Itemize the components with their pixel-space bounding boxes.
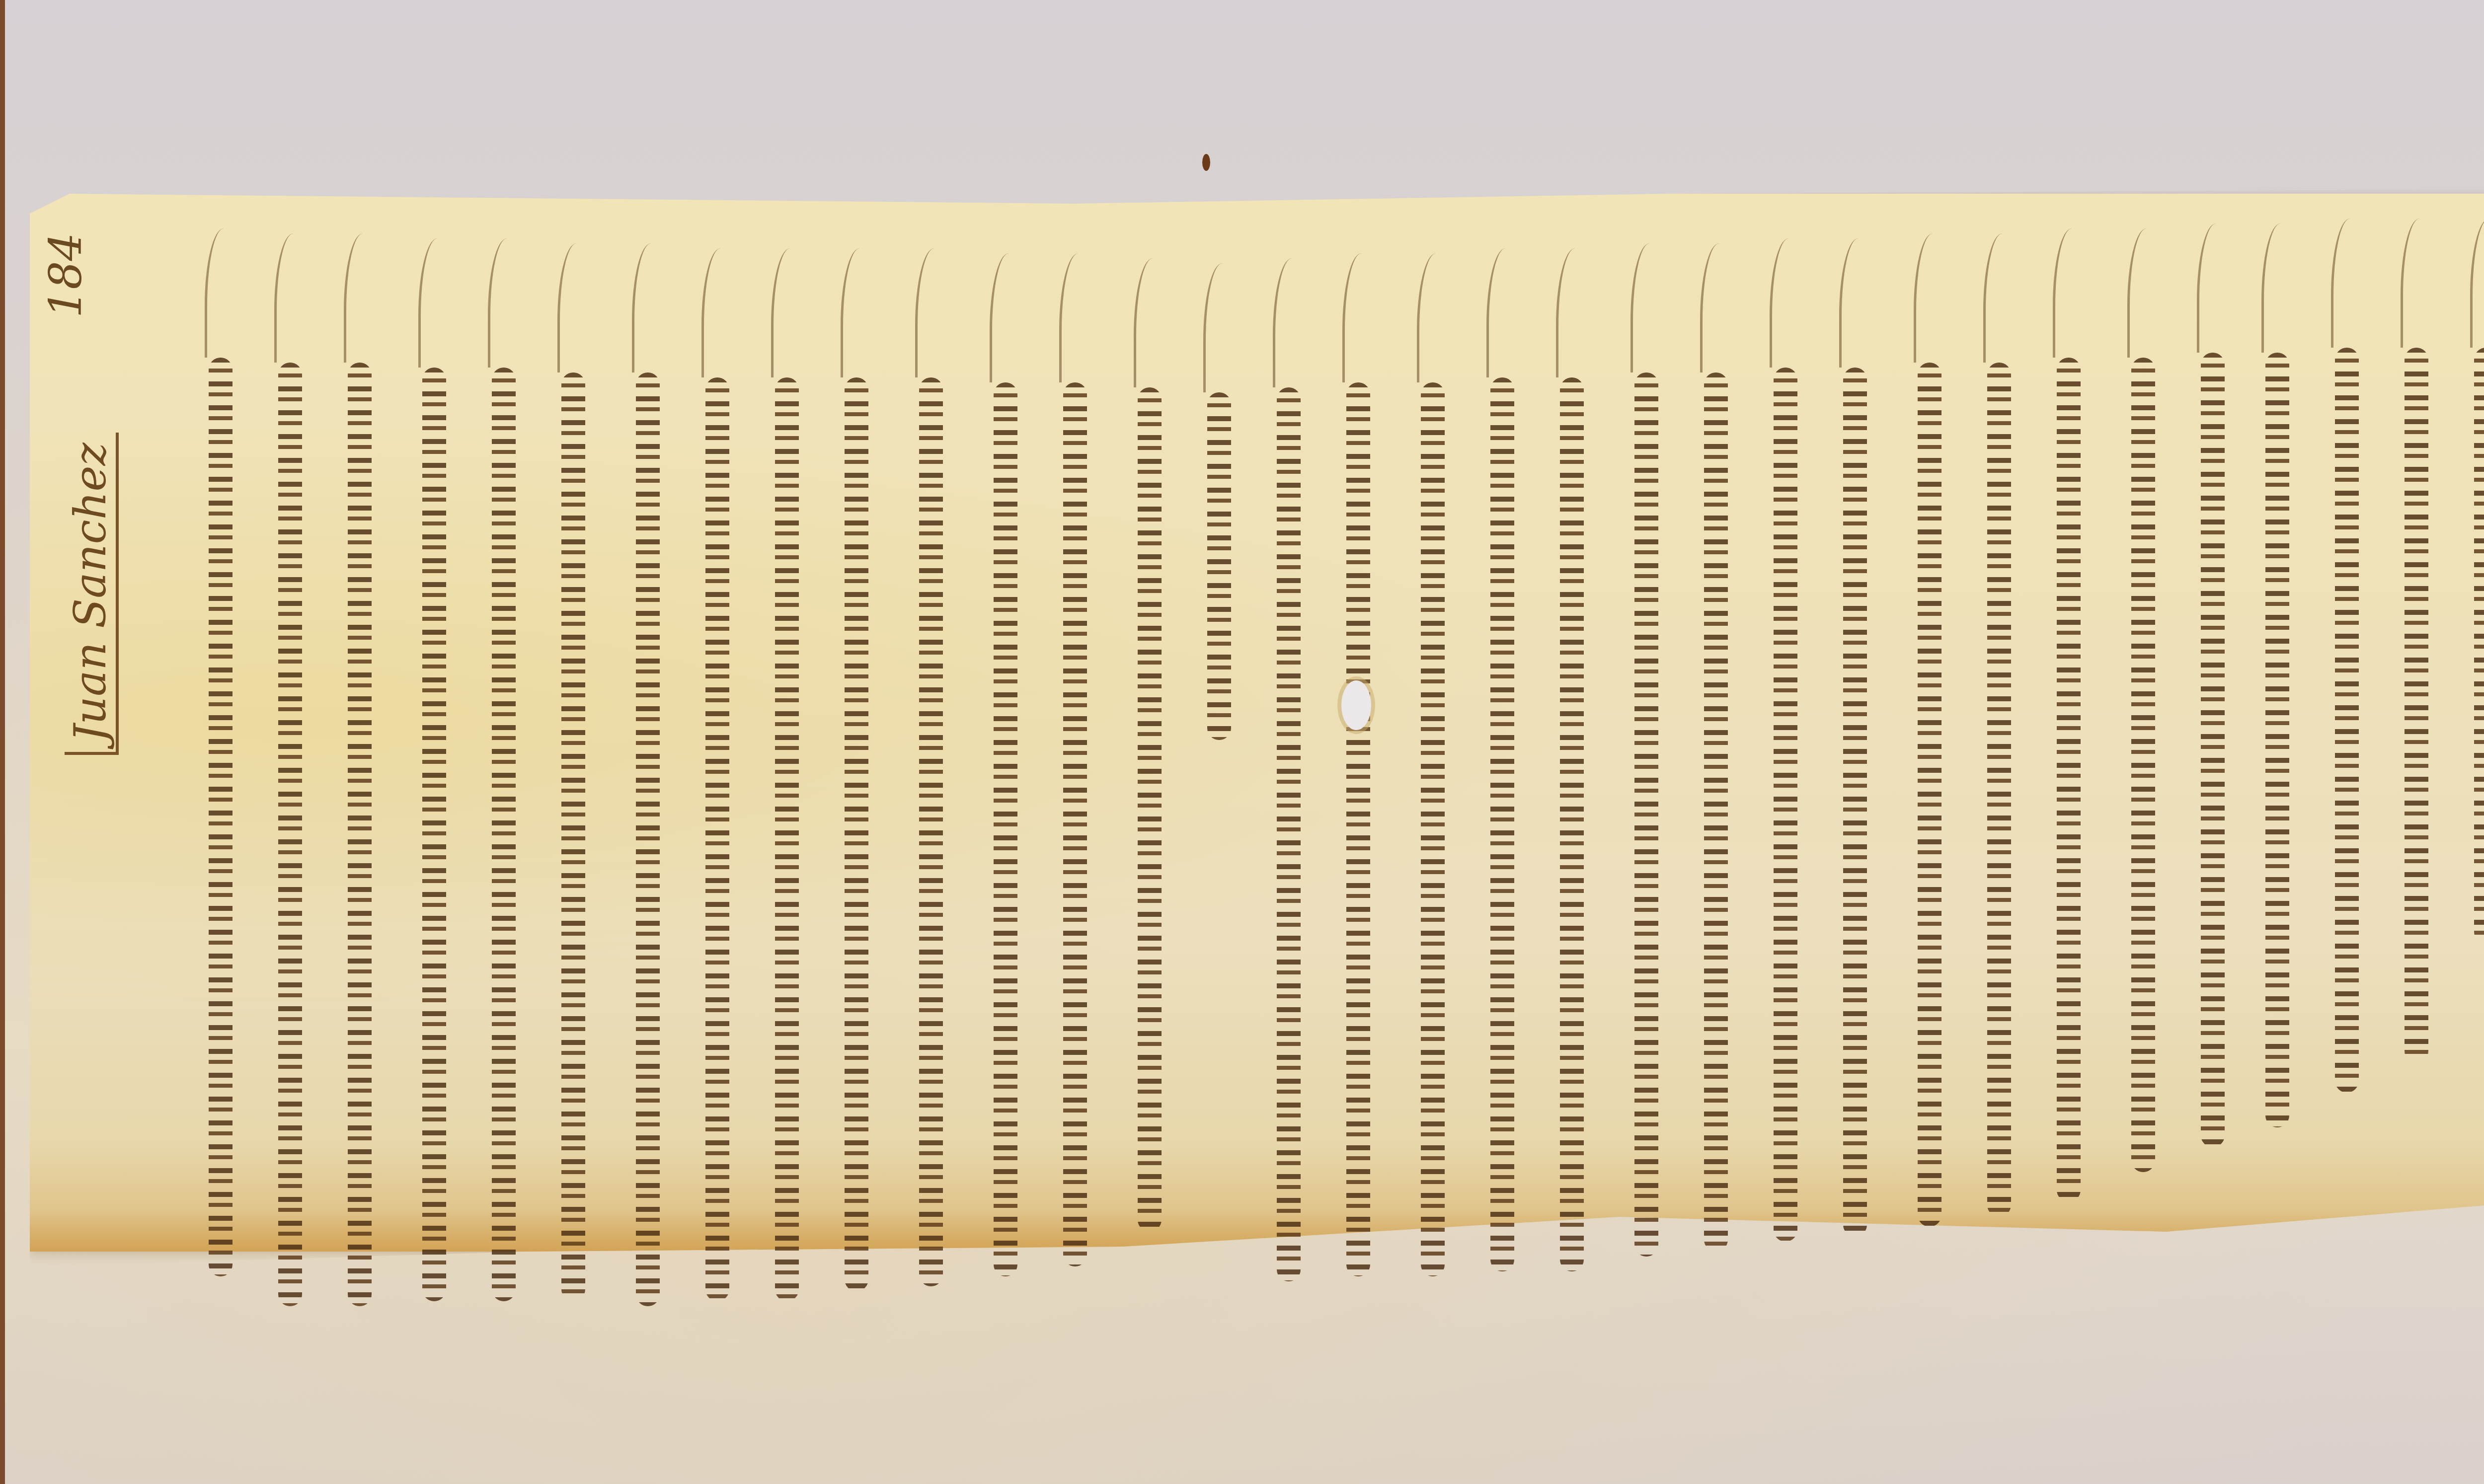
handwritten-line xyxy=(278,363,302,1306)
handwritten-line xyxy=(1704,372,1728,1252)
handwritten-line xyxy=(492,368,516,1301)
handwritten-line xyxy=(994,382,1017,1276)
handwritten-line xyxy=(1987,363,2011,1217)
handwritten-line xyxy=(2474,348,2484,944)
handwritten-line xyxy=(2131,358,2155,1172)
handwritten-line xyxy=(2201,353,2225,1147)
handwritten-line xyxy=(2405,348,2428,1063)
handwritten-line xyxy=(1063,382,1087,1266)
handwritten-line xyxy=(705,377,729,1301)
handwritten-line xyxy=(1207,392,1231,740)
handwritten-line xyxy=(2335,348,2359,1093)
handwritten-line xyxy=(1918,363,1941,1227)
handwritten-line xyxy=(2265,353,2289,1127)
handwritten-line xyxy=(1560,377,1584,1271)
handwritten-line xyxy=(1490,377,1514,1271)
handwritten-line xyxy=(1277,387,1301,1281)
handwritten-line xyxy=(422,368,446,1301)
handwritten-line xyxy=(348,363,372,1306)
handwritten-line xyxy=(775,377,799,1301)
handwritten-line xyxy=(1346,382,1370,1276)
handwritten-text-lines xyxy=(0,0,2484,1484)
handwritten-line xyxy=(209,358,233,1276)
handwritten-line xyxy=(561,372,585,1301)
handwritten-line xyxy=(919,377,943,1286)
handwritten-line xyxy=(1138,387,1162,1232)
handwritten-line xyxy=(1843,368,1867,1237)
handwritten-line xyxy=(845,377,868,1291)
paper-hole xyxy=(1341,680,1371,730)
handwritten-line xyxy=(2057,358,2081,1202)
handwritten-line xyxy=(1634,372,1658,1257)
handwritten-line xyxy=(636,372,660,1306)
handwritten-line xyxy=(1774,368,1797,1242)
handwritten-line xyxy=(1421,382,1445,1276)
